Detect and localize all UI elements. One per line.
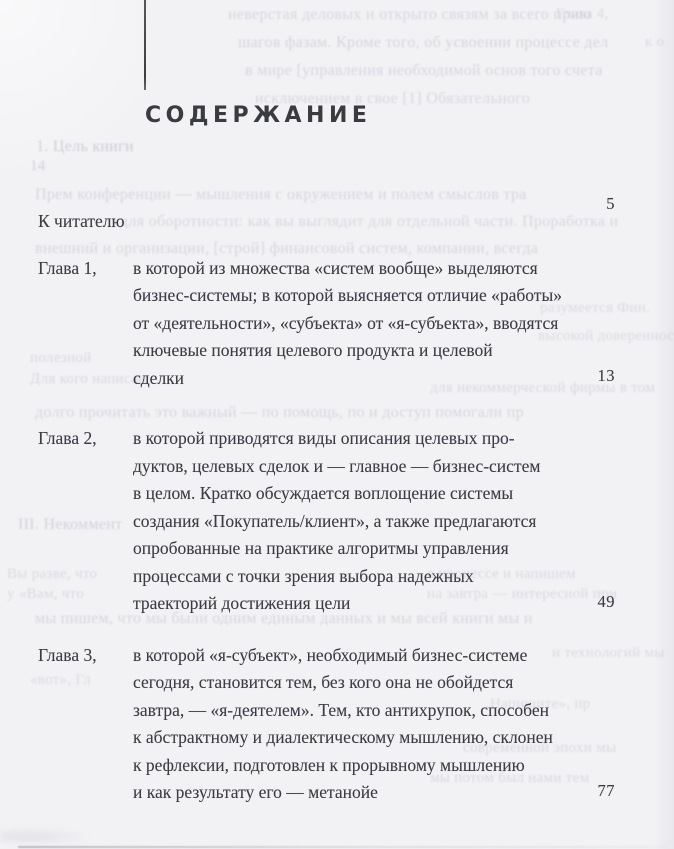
scan-shadow-bottom — [18, 846, 666, 849]
bleedthrough-text: шагов фазам. Кроме того, об усвоении про… — [238, 34, 608, 52]
toc-entry-page-number: 13 — [598, 366, 616, 386]
toc-description-line: от «деятельности», «субъекта» от «я-субъ… — [133, 310, 615, 338]
toc-description-line: сегодня, становится тем, без кого она не… — [133, 669, 615, 697]
toc-description-line: в которой из множества «систем вообще» в… — [133, 255, 615, 283]
toc-entry-label: К читателю — [38, 208, 133, 236]
toc-entry-label: Глава 3, — [38, 642, 133, 807]
bleedthrough-text: в мире [управления необходимой основ тог… — [245, 62, 603, 80]
scan-shade-topleft — [0, 0, 140, 220]
bleedthrough-text: Прем конференции — мышления с окружением… — [35, 186, 527, 204]
toc-description-line: в которой «я-субъект», необходимый бизне… — [133, 642, 615, 670]
bleedthrough-text: 14 — [30, 158, 46, 175]
bleedthrough-text: Глава 4, — [556, 6, 609, 23]
table-of-contents: К читателю5Глава 1,в которой из множеств… — [38, 208, 615, 807]
toc-entry-page-number: 77 — [598, 781, 616, 801]
toc-description-line: ключевые понятия целевого продукта и цел… — [133, 337, 615, 365]
bleedthrough-text: неверстая деловых и открыто связям за вс… — [228, 6, 592, 24]
page-title: СОДЕРЖАНИЕ — [145, 103, 371, 128]
toc-description-line: опробованные на практике алгоритмы управ… — [133, 535, 615, 563]
book-page: неверстая деловых и открыто связям за вс… — [0, 0, 674, 849]
toc-description-line: сделки — [133, 365, 615, 393]
scan-artifact-line — [144, 0, 146, 90]
toc-description-line: к абстрактному и диалектическому мышлени… — [133, 724, 615, 752]
toc-description-line: создания «Покупатель/клиент», а также пр… — [133, 508, 615, 536]
scan-shade-right — [654, 0, 674, 849]
bleedthrough-text: к о — [645, 34, 664, 51]
toc-description-line: бизнес-системы; в которой выясняется отл… — [133, 282, 615, 310]
toc-entry-label: Глава 2, — [38, 425, 133, 618]
toc-description-line: процессами с точки зрения выбора надежны… — [133, 563, 615, 591]
bleedthrough-text: 1. Цель книги — [36, 138, 134, 156]
toc-description-line: в которой приводятся виды описания целев… — [133, 425, 615, 453]
toc-entry-label: Глава 1, — [38, 255, 133, 393]
toc-entry-page-number: 49 — [598, 592, 616, 612]
toc-entry-page-number: 5 — [606, 194, 615, 214]
toc-entry: Глава 3,в которой «я-субъект», необходим… — [38, 642, 615, 807]
toc-description-line: в целом. Кратко обсуждается воплощение с… — [133, 480, 615, 508]
toc-description-line: дуктов, целевых сделок и — главное — биз… — [133, 453, 615, 481]
toc-entry: К читателю5 — [38, 208, 615, 236]
toc-description-line: траекторий достижения цели — [133, 590, 615, 618]
toc-entry-description: в которой «я-субъект», необходимый бизне… — [133, 642, 615, 807]
toc-description-line: и как результату его — метанойе — [133, 779, 615, 807]
toc-description-line: к рефлексии, подготовлен к прорывному мы… — [133, 752, 615, 780]
toc-entry: Глава 2,в которой приводятся виды описан… — [38, 425, 615, 618]
toc-entry-description: в которой из множества «систем вообще» в… — [133, 255, 615, 393]
toc-description-line: завтра, — «я-деятелем». Тем, кто антихру… — [133, 697, 615, 725]
scan-smudge-bottom-left — [0, 827, 95, 843]
toc-entry-description: в которой приводятся виды описания целев… — [133, 425, 615, 618]
toc-entry: Глава 1,в которой из множества «систем в… — [38, 255, 615, 393]
toc-entry-description — [133, 208, 615, 236]
